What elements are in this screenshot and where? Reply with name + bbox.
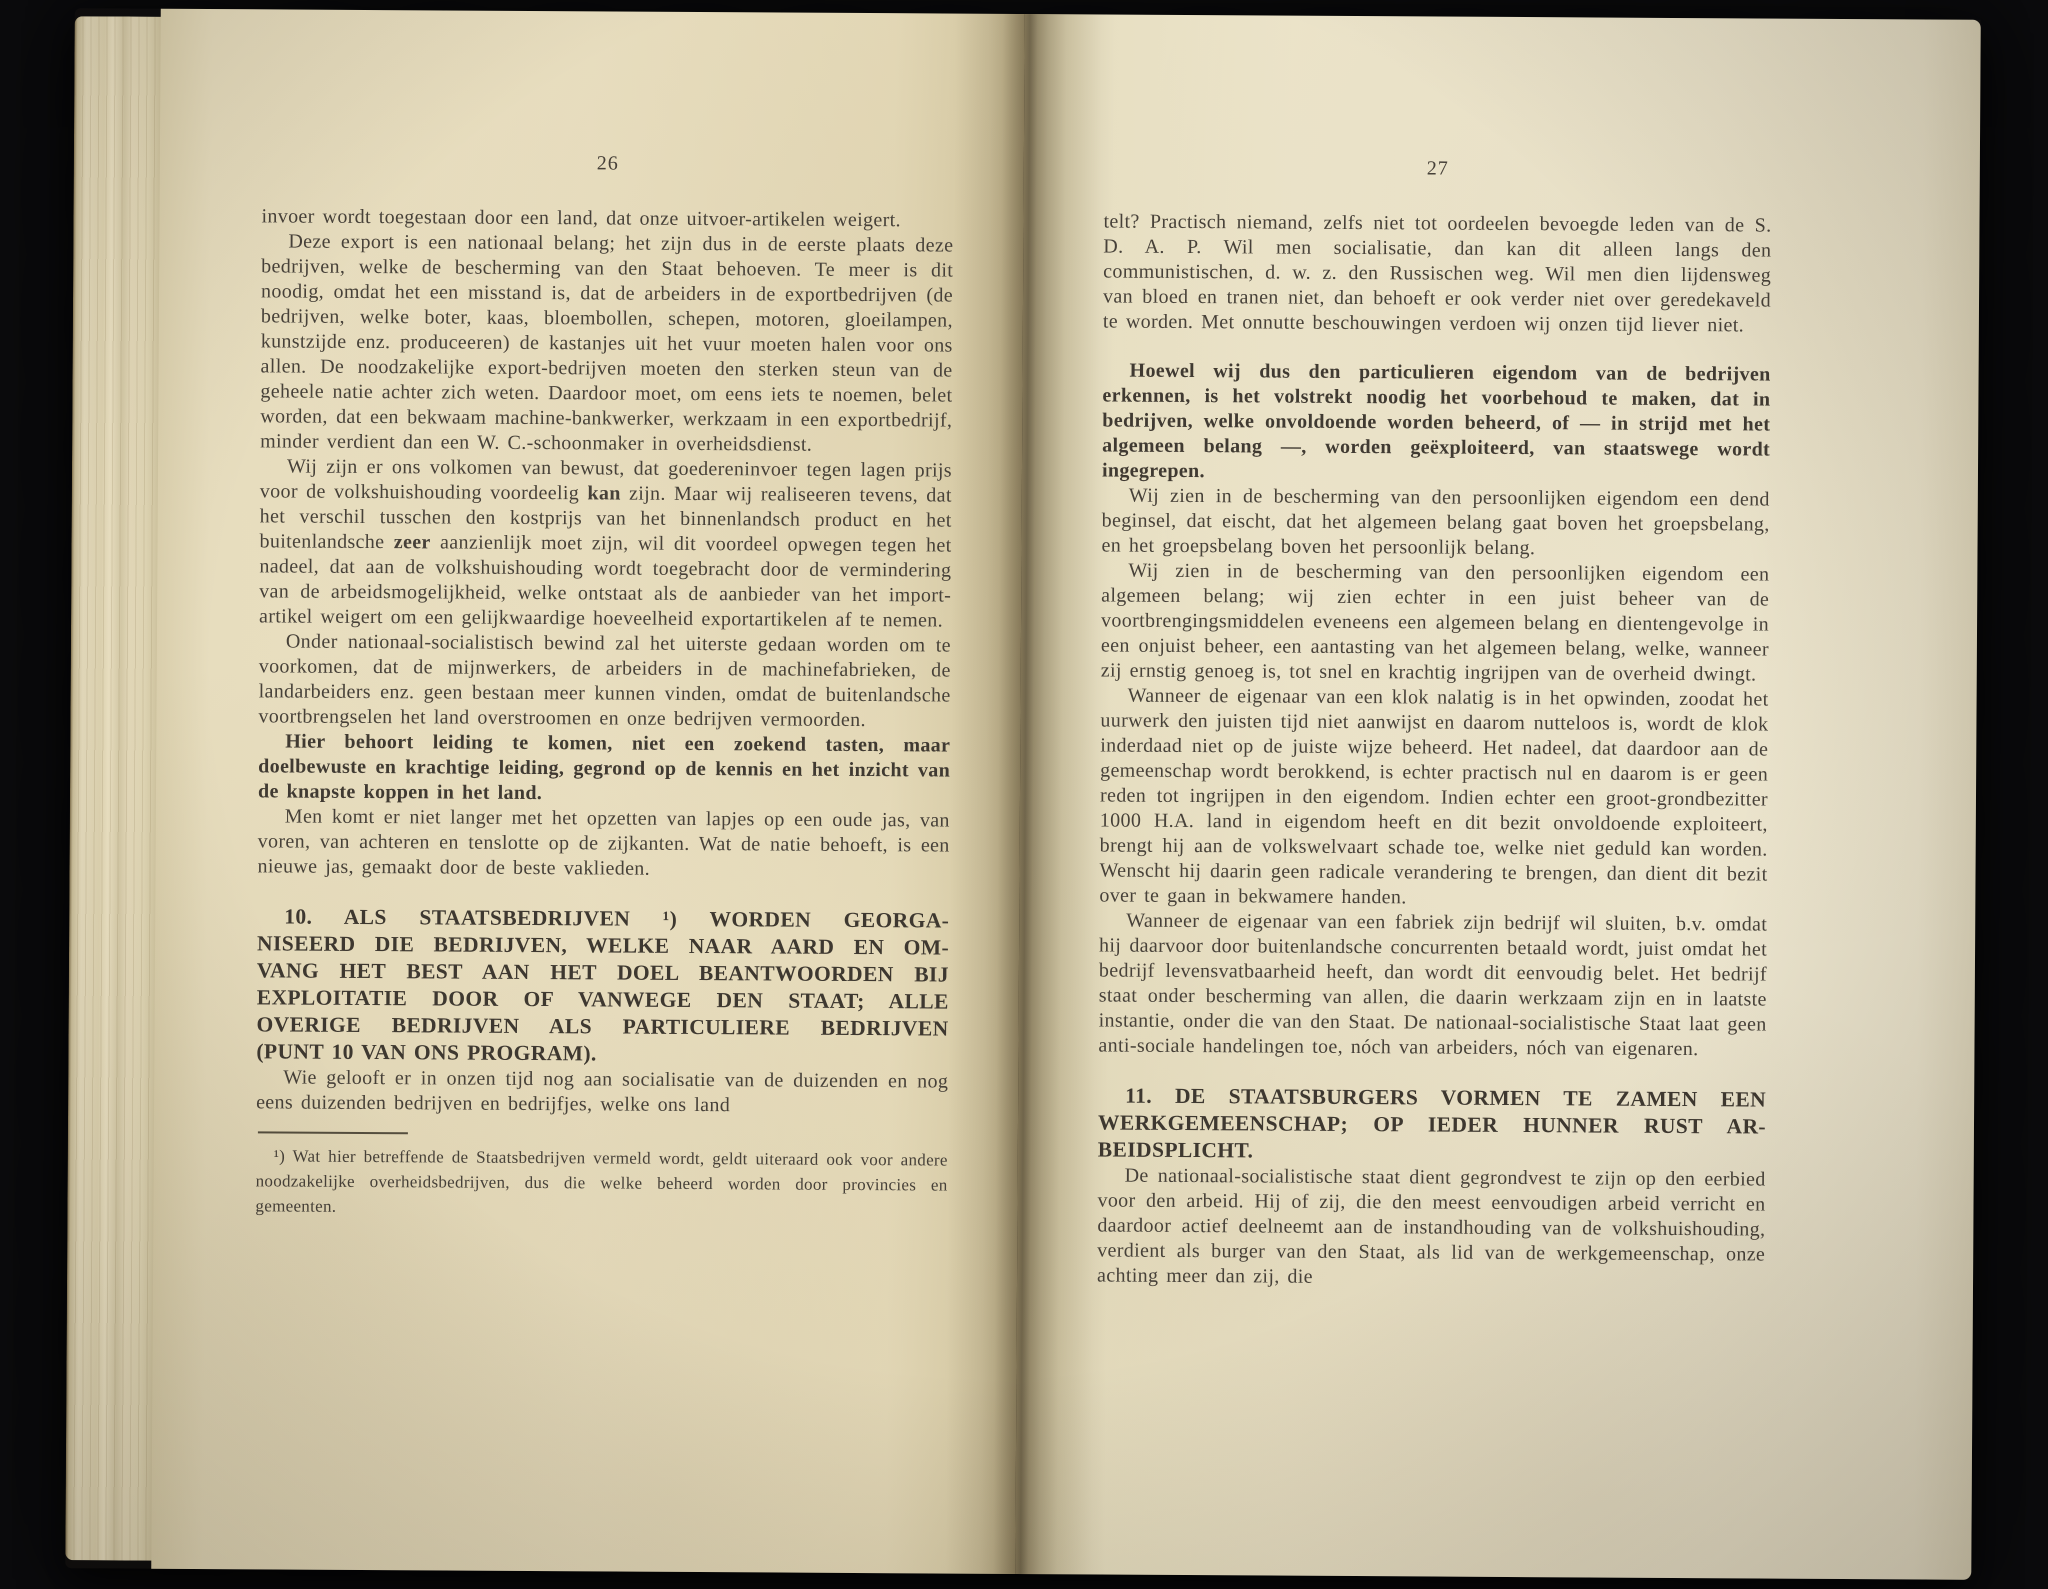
body-text: De nationaal-socialistische staat dient …: [1097, 1165, 1766, 1288]
body-text: Deze export is een nationaal belang; het…: [260, 231, 953, 456]
heading-line: WERKGEMEENSCHAP; OP IEDER HUNNER RUST AR…: [1098, 1109, 1766, 1140]
paragraph: Wie gelooft er in onzen tijd nog aan soc…: [256, 1065, 948, 1119]
paragraph: Wanneer de eigenaar van een fabriek zijn…: [1098, 908, 1767, 1062]
body-text: Men komt er niet langer met het opzetten…: [257, 805, 949, 879]
right-page-text: 27 telt? Practisch niemand, zelfs niet t…: [1097, 154, 1772, 1292]
emphasized-text: zeer: [394, 531, 431, 553]
heading-line: (PUNT 10 VAN ONS PROGRAM).: [256, 1038, 948, 1069]
heading-line: BEIDSPLICHT.: [1098, 1136, 1766, 1167]
paragraph: Wij zien in de bescherming van den perso…: [1101, 558, 1770, 687]
open-book: 26 invoer wordt toegestaan door een land…: [65, 8, 1980, 1580]
paragraph: Hoewel wij dus den particulieren eigendo…: [1102, 358, 1771, 487]
paragraph: Deze export is een nationaal belang; het…: [260, 229, 953, 458]
body-text: Hier behoort leiding te komen, niet een …: [258, 730, 950, 804]
body-text: Wij zien in de bescherming van den perso…: [1101, 560, 1770, 686]
paragraph: Wij zijn er ons volkomen van bewust, dat…: [259, 454, 952, 633]
body-text: Wanneer de eigenaar van een fabriek zijn…: [1098, 910, 1767, 1060]
body-text: telt? Practisch niemand, zelfs niet tot …: [1103, 210, 1772, 336]
body-text: Wij zien in de bescherming van den perso…: [1101, 485, 1769, 559]
heading-line: NISEERD DIE BEDRIJVEN, WELKE NAAR AARD E…: [257, 930, 949, 961]
paragraph: De nationaal-socialistische staat dient …: [1097, 1163, 1766, 1292]
heading-line: OVERIGE BEDRIJVEN ALS PARTICULIERE BEDRI…: [256, 1011, 948, 1042]
photo-background: 26 invoer wordt toegestaan door een land…: [0, 0, 2048, 1589]
section-heading: 10. ALS STAATSBEDRIJVEN ¹) WORDEN GEORGA…: [256, 903, 949, 1069]
section-heading: 11. DE STAATSBURGERS VORMEN TE ZAMEN EEN…: [1098, 1082, 1766, 1167]
body-text: Hoewel wij dus den particulieren eigendo…: [1102, 360, 1771, 482]
heading-line: VANG HET BEST AAN HET DOEL BEANTWOORDEN …: [257, 957, 949, 988]
body-text: Onder nationaal-socialistisch bewind zal…: [258, 630, 951, 731]
page-edge-stack: [65, 16, 164, 1561]
page-number: 27: [1104, 154, 1772, 183]
heading-line: EXPLOITATIE DOOR OF VANWEGE DEN STAAT; A…: [257, 984, 949, 1015]
emphasized-text: kan: [587, 482, 620, 504]
paragraph: Onder nationaal-socialistisch bewind zal…: [258, 629, 951, 733]
paragraph: Hier behoort leiding te komen, niet een …: [258, 729, 950, 808]
page-number: 26: [262, 149, 954, 178]
body-text: Wanneer de eigenaar van een klok nalatig…: [1099, 685, 1768, 909]
body-text: invoer wordt toegestaan door een land, d…: [261, 205, 901, 231]
heading-line: 10. ALS STAATSBEDRIJVEN ¹) WORDEN GEORGA…: [257, 903, 949, 934]
paragraph: Wanneer de eigenaar van een klok nalatig…: [1099, 683, 1768, 912]
paragraph: telt? Practisch niemand, zelfs niet tot …: [1103, 209, 1772, 338]
body-text: Wie gelooft er in onzen tijd nog aan soc…: [256, 1066, 948, 1116]
footnote-text: ¹) Wat hier betreffende de Staatsbedrijv…: [255, 1143, 947, 1222]
heading-line: 11. DE STAATSBURGERS VORMEN TE ZAMEN EEN: [1098, 1082, 1766, 1113]
body-text: ¹) Wat hier betreffende de Staatsbedrijv…: [255, 1146, 947, 1215]
left-page-text: 26 invoer wordt toegestaan door een land…: [255, 149, 954, 1222]
paragraph: Men komt er niet langer met het opzetten…: [257, 804, 949, 883]
footnote-divider: [258, 1131, 408, 1134]
paragraph: Wij zien in de bescherming van den perso…: [1101, 483, 1769, 562]
